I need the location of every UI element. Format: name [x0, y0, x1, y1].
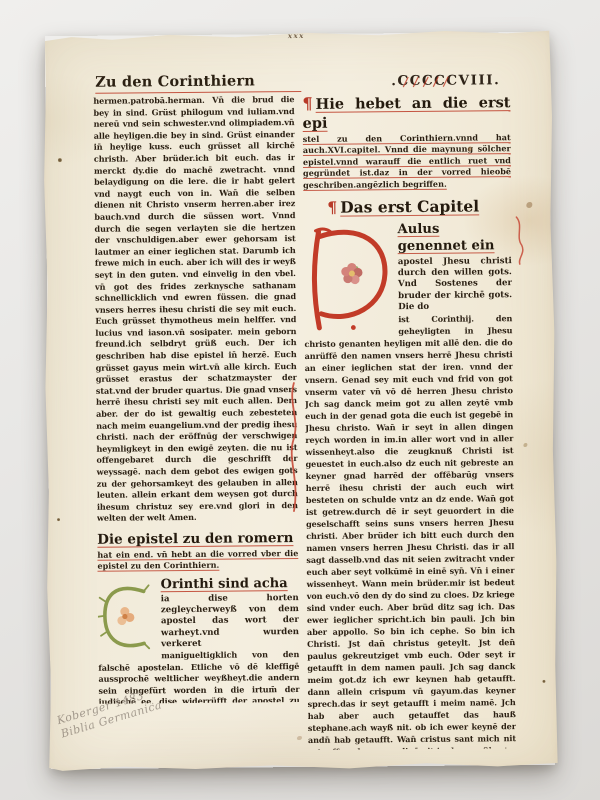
wormhole — [542, 680, 545, 683]
chapter-body: ist Corinthij. den geheyligten in Jhesu … — [304, 312, 516, 750]
flower-ornament-orange — [117, 607, 134, 625]
running-title: Zu den Corinthiern — [95, 72, 301, 94]
rubric-subtext: hat ein end. vn̄ hebt an die vorred vber… — [97, 548, 298, 572]
preface-section: Orinthi sind acha ia dise horten zegleyc… — [98, 576, 300, 704]
right-text-column: ¶Hie hebet an die erst epi stel zu den C… — [302, 92, 516, 750]
rubricator-squiggle-margin — [512, 216, 526, 266]
rubric-heading-line: ¶Hie hebet an die erst epi — [302, 92, 510, 132]
foxing-stain — [526, 202, 532, 208]
left-text-column: hermen.patrobā.herman. Vn̄ die brud die … — [93, 94, 299, 704]
rubric-epistle-end: Die epistel zu den romern hat ein end. v… — [97, 530, 298, 572]
pilcrow-mark: ¶ — [302, 94, 312, 113]
pilcrow-mark: ¶ — [327, 198, 337, 217]
decorated-initial-p — [303, 226, 390, 333]
wormhole — [58, 158, 62, 162]
wormhole — [57, 518, 60, 521]
chapter-heading: ¶Das erst Capitel — [303, 197, 511, 217]
rubric-heading: Die epistel zu den romern — [97, 530, 298, 548]
chapter-one-section: Aulus genennet ein apostel Jhesu christi… — [303, 221, 516, 750]
rubric-incipit: ¶Hie hebet an die erst epi stel zu den C… — [302, 92, 511, 191]
collation-mark: xxx — [288, 31, 305, 40]
manuscript-page: xxx Zu den Corinthiern .CCCCCVIII. herme… — [41, 28, 559, 773]
foxing-stain — [297, 736, 302, 740]
incipit-subtext: stel zu den Corinthiern.vnnd hat auch.XV… — [303, 132, 511, 191]
incipit-heading: Hie hebet an die erst epi — [303, 94, 511, 132]
body-text-romans-end: hermen.patrobā.herman. Vn̄ die brud die … — [93, 94, 298, 525]
flower-ornament-pink — [341, 263, 362, 284]
folio-red-strokes — [395, 74, 459, 91]
photo-background: xxx Zu den Corinthiern .CCCCCVIII. herme… — [0, 0, 600, 800]
decorated-initial-c — [98, 581, 155, 653]
foxing-stain — [523, 443, 527, 447]
